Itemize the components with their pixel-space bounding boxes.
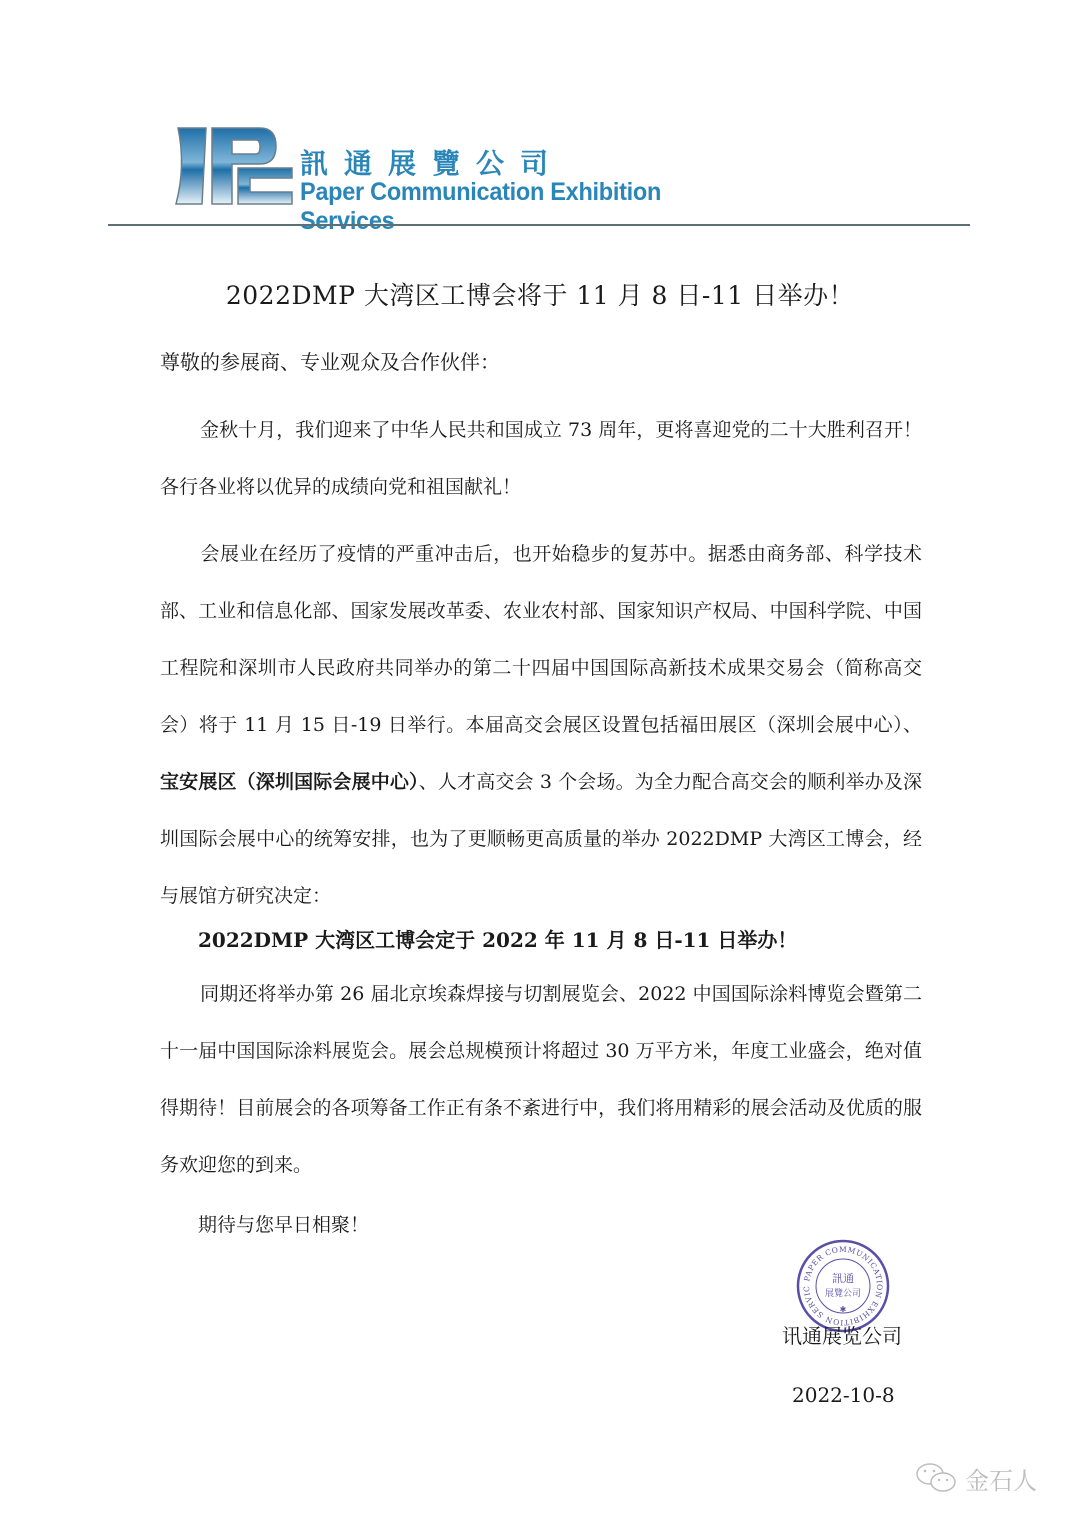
decision-statement: 2022DMP 大湾区工博会定于 2022 年 11 月 8 日-11 日举办！ (198, 924, 797, 953)
ipc-logo-icon (172, 124, 294, 208)
highlight-venue: 宝安展区（深圳国际会展中心） (160, 771, 419, 793)
document-title: 2022DMP 大湾区工博会将于 11 月 8 日-11 日举办！ (0, 276, 1080, 312)
svg-text:訊通: 訊通 (832, 1272, 854, 1285)
paragraph-concurrent-events-text: 同期还将举办第 26 届北京埃森焊接与切割展览会、2022 中国国际涂料博览会暨… (160, 983, 922, 1176)
svg-text:展覽公司: 展覽公司 (825, 1287, 861, 1299)
document-date: 2022-10-8 (792, 1383, 895, 1407)
company-logo: 訊通展覽公司 Paper Communication Exhibition Se… (172, 122, 692, 210)
paragraph-background: 会展业在经历了疫情的严重冲击后，也开始稳步的复苏中。据悉由商务部、科学技术部、工… (160, 526, 922, 925)
paragraph-intro: 金秋十月，我们迎来了中华人民共和国成立 73 周年，更将喜迎党的二十大胜利召开！… (160, 402, 922, 516)
svg-text:✱: ✱ (840, 1305, 847, 1314)
paragraph-background-text-1: 会展业在经历了疫情的严重冲击后，也开始稳步的复苏中。据悉由商务部、科学技术部、工… (160, 543, 922, 736)
closing-line: 期待与您早日相聚！ (198, 1210, 369, 1237)
wechat-icon (915, 1460, 959, 1496)
company-name-cn: 訊通展覽公司 (300, 142, 564, 182)
company-name-en: Paper Communication Exhibition Services (300, 178, 668, 236)
paragraph-concurrent-events: 同期还将举办第 26 届北京埃森焊接与切割展览会、2022 中国国际涂料博览会暨… (160, 966, 922, 1194)
signature: 讯通展览公司 (782, 1320, 902, 1349)
wechat-watermark: 金石人 (915, 1458, 1037, 1498)
watermark-label: 金石人 (965, 1461, 1037, 1496)
salutation: 尊敬的参展商、专业观众及合作伙伴： (160, 346, 500, 375)
header-divider (108, 224, 970, 226)
paragraph-intro-text: 金秋十月，我们迎来了中华人民共和国成立 73 周年，更将喜迎党的二十大胜利召开！… (160, 419, 922, 498)
